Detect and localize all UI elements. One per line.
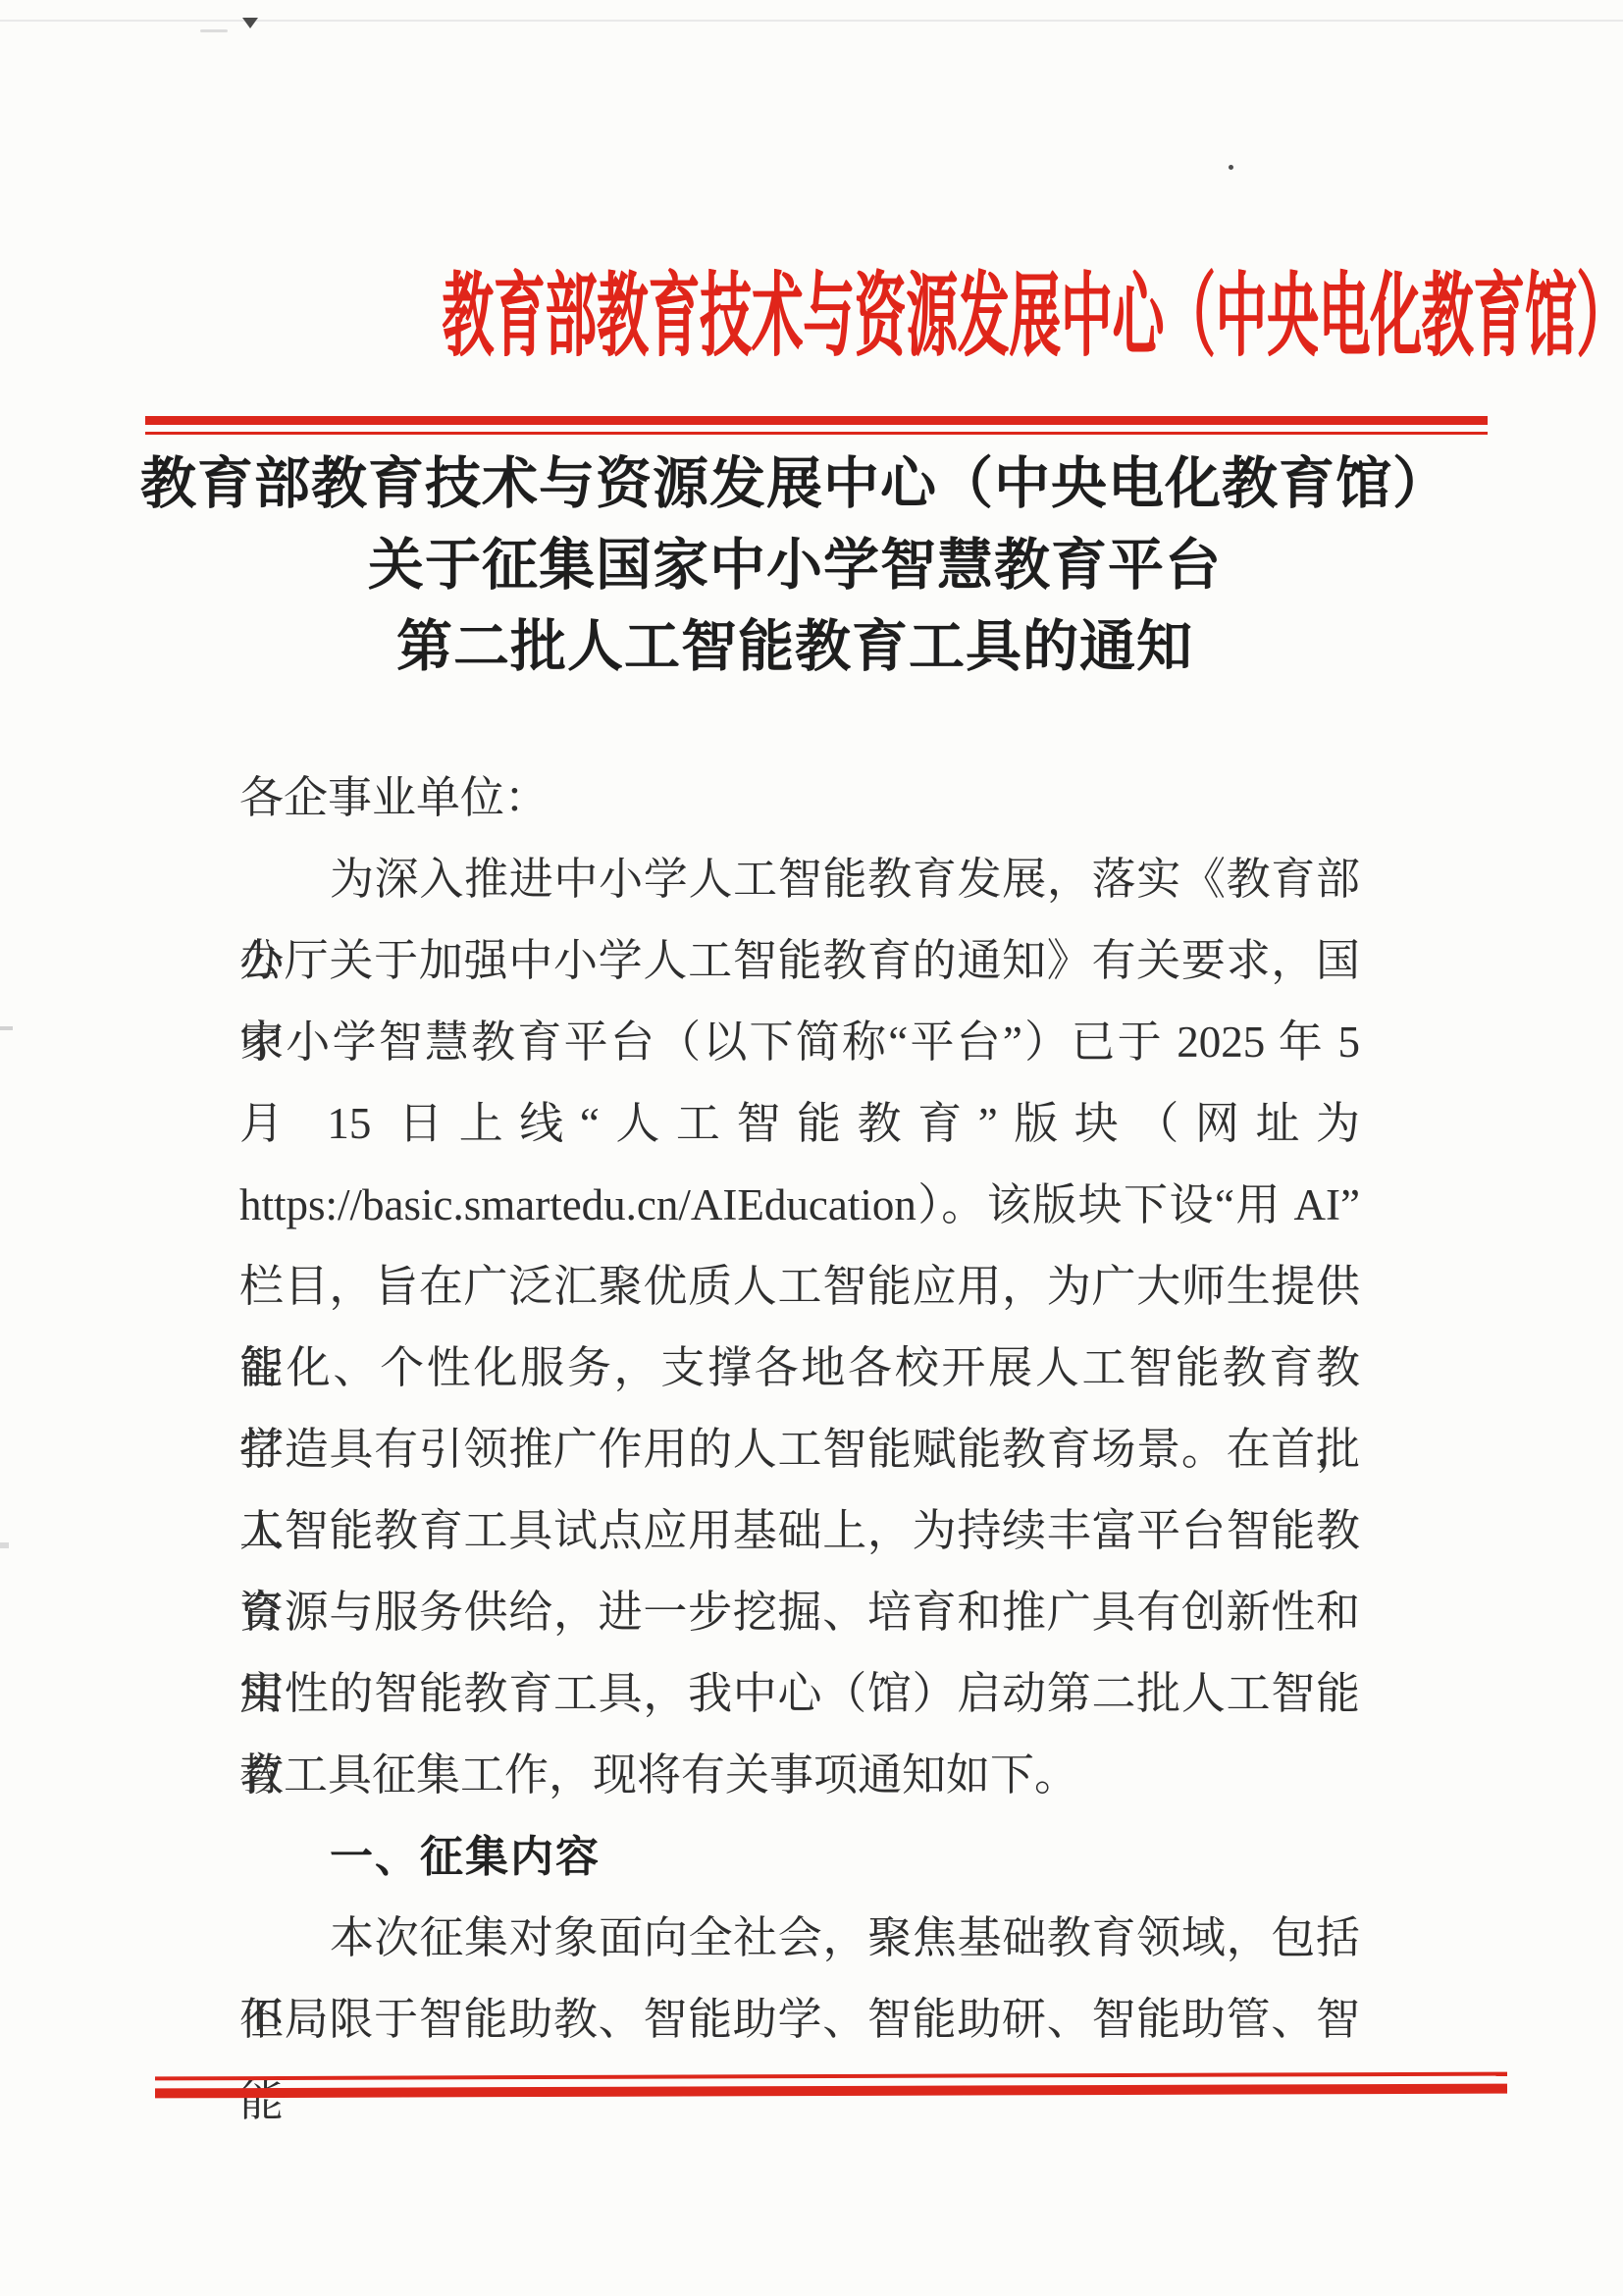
footer-rule-thin <box>155 2072 1507 2081</box>
paragraph-line: 用性的智能教育工具，我中心（馆）启动第二批人工智能教 <box>239 1653 1360 1735</box>
scan-dash-mark <box>200 29 228 32</box>
document-title-line-3: 第二批人工智能教育工具的通知 <box>0 606 1590 688</box>
letterhead-banner: 教育部教育技术与资源发展中心（中央电化教育馆）函件 <box>0 265 1623 371</box>
paragraph-line-url: https://basic.smartedu.cn/AIEducation）。该… <box>239 1165 1360 1246</box>
document-title-line-1: 教育部教育技术与资源发展中心（中央电化教育馆） <box>0 444 1590 525</box>
paragraph-line: 为深入推进中小学人工智能教育发展，落实《教育部办 <box>239 839 1360 920</box>
paragraph-line: 资源与服务供给，进一步挖掘、培育和推广具有创新性和实 <box>239 1572 1360 1653</box>
paragraph-line: 栏目，旨在广泛汇聚优质人工智能应用，为广大师生提供智 <box>239 1246 1360 1328</box>
header-rule-thin <box>145 432 1488 435</box>
paragraph-line: 中小学智慧教育平台（以下简称“平台”）已于 2025 年 5 <box>239 1002 1360 1083</box>
paragraph-line: 公厅关于加强中小学人工智能教育的通知》有关要求，国家 <box>239 920 1360 1002</box>
document-title-line-2: 关于征集国家中小学智慧教育平台 <box>0 525 1590 606</box>
paragraph-line: 能化、个性化服务，支撑各地各校开展人工智能教育教学， <box>239 1328 1360 1409</box>
paragraph-line: 月 15 日上线“人工智能教育”版块（网址为 <box>239 1083 1360 1165</box>
document-body: 各企事业单位： 为深入推进中小学人工智能教育发展，落实《教育部办 公厅关于加强中… <box>239 757 1360 2061</box>
scanned-document-page: 教育部教育技术与资源发展中心（中央电化教育馆）函件 教育部教育技术与资源发展中心… <box>0 0 1623 2296</box>
paragraph-line: 打造具有引领推广作用的人工智能赋能教育场景。在首批人 <box>239 1409 1360 1490</box>
scan-speck <box>0 1026 13 1030</box>
scan-triangle-mark <box>242 18 258 28</box>
letterhead-title: 教育部教育技术与资源发展中心（中央电化教育馆）函件 <box>442 265 1623 371</box>
paragraph-line: 工智能教育工具试点应用基础上，为持续丰富平台智能教育 <box>239 1490 1360 1572</box>
header-rule-thick <box>145 416 1488 425</box>
scan-speck <box>0 1542 9 1548</box>
paragraph-line: 育工具征集工作，现将有关事项通知如下。 <box>239 1735 1360 1816</box>
footer-rule-thick <box>155 2084 1507 2099</box>
salutation: 各企事业单位： <box>239 757 1360 839</box>
scan-dot-mark <box>1229 165 1233 170</box>
paragraph-line: 不局限于智能助教、智能助学、智能助研、智能助管、智能 <box>239 1979 1360 2061</box>
document-title: 教育部教育技术与资源发展中心（中央电化教育馆） 关于征集国家中小学智慧教育平台 … <box>0 444 1590 688</box>
paragraph-line: 本次征集对象面向全社会，聚焦基础教育领域，包括但 <box>239 1898 1360 1979</box>
section-heading: 一、征集内容 <box>239 1816 1360 1898</box>
